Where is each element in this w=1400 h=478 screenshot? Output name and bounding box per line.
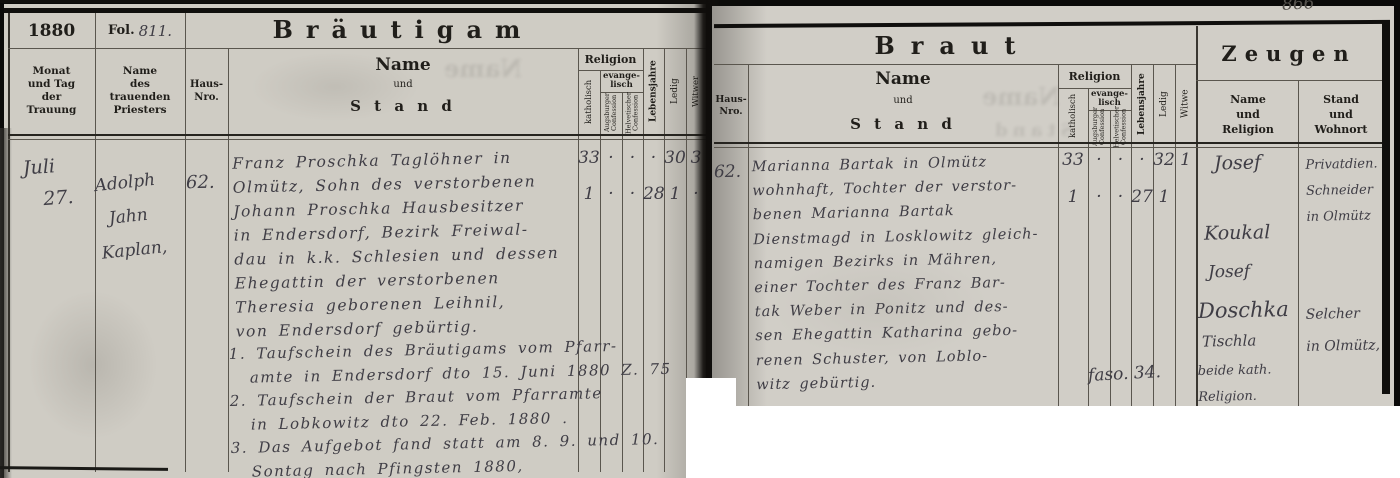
tally-ledig: 30	[664, 148, 686, 168]
header-katholisch: katholisch	[578, 70, 600, 134]
header-lebensjahre: Lebensjahre	[643, 48, 664, 134]
witness2-stand-wohnort: Selcher in Olmütz,	[1305, 297, 1390, 363]
header-ledig: Ledig	[1153, 64, 1175, 144]
tally-witwe	[1175, 187, 1196, 207]
tally-ledig: 1	[1153, 187, 1175, 207]
bleed-through-text: Name	[444, 54, 522, 83]
tally-lebensjahre: 27	[1131, 187, 1153, 207]
groom-tally-row-record: 1 · · 28 1 ·	[578, 184, 706, 204]
tally-augsburger: ·	[1088, 150, 1110, 170]
tally-augsburger: ·	[600, 184, 622, 204]
header-evangelisch: evange- lisch	[600, 70, 643, 92]
header-bottom-rule	[8, 134, 706, 136]
header-augsburger: Augsburger Confession	[1088, 110, 1110, 144]
tally-helvetischer: ·	[622, 184, 643, 204]
header-helvetischer: Helvetischer Confession	[1110, 110, 1131, 144]
tally-witwer: ·	[686, 184, 706, 204]
tally-ledig: 32	[1153, 150, 1175, 170]
header-haus-nro: Haus- Nro.	[714, 64, 748, 148]
header-religion-group: Religion	[578, 48, 643, 70]
tally-katholisch: 1	[578, 184, 600, 204]
header-bottom-rule	[714, 147, 1382, 148]
witness1-last-name: Koukal	[1204, 221, 1271, 244]
witness1-first-name: Josef	[1214, 152, 1262, 175]
tally-katholisch: 33	[578, 148, 600, 168]
folio-cell: Fol. 811.	[95, 13, 185, 48]
grid-line	[1196, 80, 1382, 81]
groom-entry: Franz Proschka Taglöhner in Olmütz, Sohn…	[232, 144, 588, 343]
header-monat-tag: Monat und Tag der Trauung	[8, 48, 95, 134]
priest-name: Adolph Jahn Kaplan,	[93, 159, 198, 270]
paper-smudge	[28, 290, 158, 440]
bride-tally-row-totals: 33 · · · 32 1	[1058, 150, 1196, 170]
zeugen-section-title: Zeugen	[1196, 28, 1382, 78]
tally-katholisch: 33	[1058, 150, 1088, 170]
tally-helvetischer: ·	[1110, 187, 1131, 207]
tally-augsburger: ·	[600, 148, 622, 168]
header-zeugen-stand-wohnort: Stand und Wohnort	[1298, 84, 1384, 144]
page-corner-number: 866	[1281, 0, 1314, 15]
fascicle-note: faso. 34.	[1088, 362, 1162, 386]
witness2-occupation: Tischla	[1202, 331, 1257, 350]
tally-ledig: 1	[664, 184, 686, 204]
header-witwe: Witwe	[1175, 64, 1196, 144]
tally-lebensjahre: 28	[643, 184, 664, 204]
year-cell: 1880	[8, 13, 95, 48]
tally-lebensjahre: ·	[1131, 150, 1153, 170]
folio-label: Fol.	[108, 23, 135, 38]
header-bottom-rule	[8, 139, 706, 140]
header-ledig: Ledig	[664, 48, 686, 134]
witness2-last-name: Doschka	[1198, 297, 1289, 323]
header-helvetischer: Helvetischer Confession	[622, 92, 643, 134]
marriage-date: Juli 27.	[22, 148, 96, 217]
header-witwer: Witwer	[686, 48, 706, 134]
tally-witwer: 3	[686, 148, 706, 168]
groom-house-number: 62.	[186, 172, 215, 194]
header-augsburger: Augsburger Confession	[600, 92, 622, 134]
document-notes: 1. Taufschein des Bräutigams vom Pfarr- …	[229, 333, 712, 478]
bride-tally-row-record: 1 · · 27 1	[1058, 187, 1196, 207]
witness2-first-name: Josef	[1208, 262, 1251, 283]
header-priester: Name des trauenden Priesters	[95, 48, 185, 134]
header-lebensjahre: Lebensjahre	[1131, 64, 1153, 144]
paper-smudge	[770, 250, 990, 360]
header-zeugen-name-religion: Name und Religion	[1198, 84, 1298, 144]
header-religion-group: Religion	[1058, 64, 1131, 88]
tally-lebensjahre: ·	[643, 148, 664, 168]
tally-witwe: 1	[1175, 150, 1196, 170]
bride-house-number: 62.	[714, 162, 741, 183]
paper-smudge	[250, 52, 420, 122]
groom-tally-row-totals: 33 · · · 30 3	[578, 148, 706, 168]
scan-top-edge	[0, 0, 710, 3]
bleed-through-text: Stand	[990, 120, 1074, 141]
scan-cutout	[686, 406, 1400, 478]
witness1-stand-wohnort: Privatdien. Schneider in Olmütz	[1305, 151, 1391, 231]
tally-augsburger: ·	[1088, 187, 1110, 207]
bleed-through-text: Name	[982, 82, 1060, 111]
header-haus-nro: Haus- Nro.	[185, 48, 228, 134]
folio-number: 811.	[139, 22, 172, 40]
tally-helvetischer: ·	[1110, 150, 1131, 170]
witnesses-religion-note: beide kath. Religion.	[1197, 357, 1293, 411]
bride-section-title: Braut	[748, 26, 1158, 64]
tally-katholisch: 1	[1058, 187, 1088, 207]
groom-section-title: Bräutigam	[228, 11, 578, 48]
tally-helvetischer: ·	[622, 148, 643, 168]
